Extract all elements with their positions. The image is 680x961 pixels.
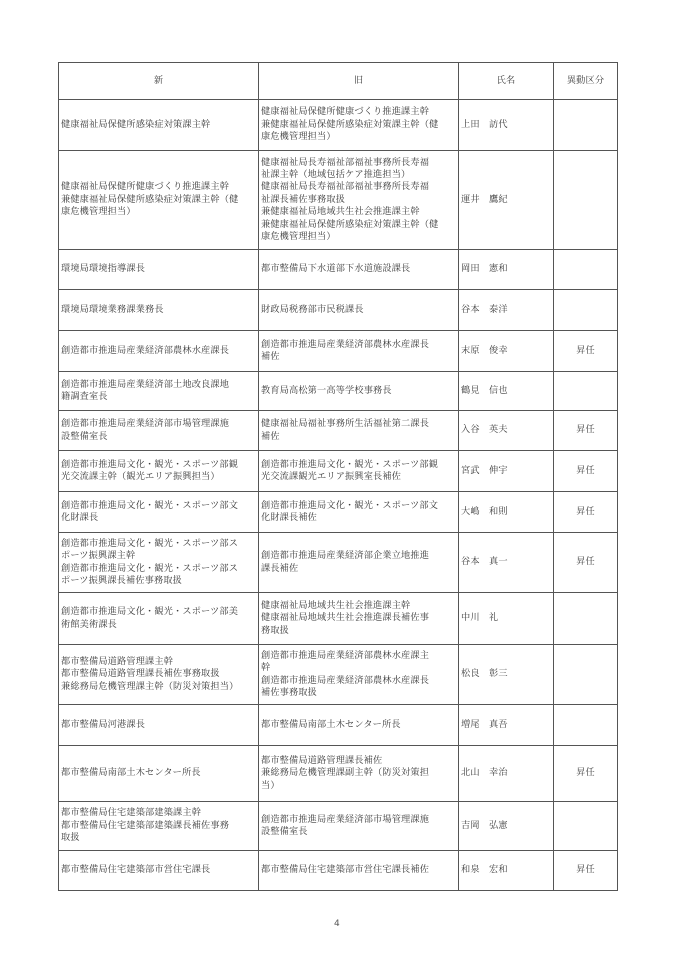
old-position-cell: 健康福祉局福祉事務所生活福祉第二課長補佐: [259, 411, 459, 451]
new-position-cell-line: 創造都市推進局文化・観光・スポーツ部観: [61, 459, 256, 471]
old-position-cell-line: 兼健康福祉局地域共生社会推進課主幹: [261, 206, 456, 218]
new-position-cell-line: 取扱: [61, 832, 256, 844]
transfer-type-cell: [554, 250, 618, 290]
new-position-cell-line: 籍調査室長: [61, 391, 256, 403]
table-row: 都市整備局道路管理課主幹都市整備局道路管理課長補佐事務取扱兼総務局危機管理課主幹…: [59, 645, 618, 705]
table-body: 健康福祉局保健所感染症対策課主幹健康福祉局保健所健康づくり推進課主幹兼健康福祉局…: [59, 100, 618, 891]
page-number: 4: [334, 919, 340, 929]
new-position-cell-line: 環境局環境指導課長: [61, 263, 256, 275]
document-page: 新 旧 氏名 異動区分 健康福祉局保健所感染症対策課主幹健康福祉局保健所健康づく…: [0, 0, 680, 961]
transfer-type-cell: [554, 151, 618, 250]
old-position-cell: 健康福祉局長寿福祉部福祉事務所長寿福祉課主幹（地域包括ケア推進担当）健康福祉局長…: [259, 151, 459, 250]
table-row: 創造都市推進局文化・観光・スポーツ部美術館美術課長健康福祉局地域共生社会推進課主…: [59, 593, 618, 645]
new-position-cell-line: 都市整備局住宅建築部建築課長補佐事務: [61, 820, 256, 832]
person-name-cell: 上田 訪代: [459, 100, 554, 151]
new-position-cell-line: 創造都市推進局文化・観光・スポーツ部ス: [61, 563, 256, 575]
person-name-cell: 末原 俊幸: [459, 331, 554, 372]
person-name-cell: 岡田 憲和: [459, 250, 554, 290]
old-position-cell-line: 都市整備局住宅建築部市営住宅課長補佐: [261, 864, 456, 876]
new-position-cell: 創造都市推進局文化・観光・スポーツ部文化財課長: [59, 492, 259, 533]
header-name: 氏名: [459, 63, 554, 100]
old-position-cell: 創造都市推進局産業経済部企業立地推進課長補佐: [259, 533, 459, 593]
old-position-cell: 創造都市推進局文化・観光・スポーツ部文化財課長補佐: [259, 492, 459, 533]
person-name-cell: 運井 鷹紀: [459, 151, 554, 250]
old-position-cell: 財政局税務部市民税課長: [259, 290, 459, 331]
table-row: 健康福祉局保健所感染症対策課主幹健康福祉局保健所健康づくり推進課主幹兼健康福祉局…: [59, 100, 618, 151]
new-position-cell: 都市整備局南部土木センター所長: [59, 746, 259, 802]
transfer-type-cell: [554, 645, 618, 705]
old-position-cell: 都市整備局道路管理課長補佐兼総務局危機管理課副主幹（防災対策担当）: [259, 746, 459, 802]
transfer-type-cell: 昇任: [554, 851, 618, 891]
person-name-cell: 和泉 宏和: [459, 851, 554, 891]
table-row: 都市整備局住宅建築部建築課主幹都市整備局住宅建築部建築課長補佐事務取扱創造都市推…: [59, 802, 618, 851]
old-position-cell: 教育局高松第一高等学校事務長: [259, 372, 459, 411]
transfer-type-cell: [554, 705, 618, 746]
new-position-cell-line: 都市整備局河港課長: [61, 719, 256, 731]
personnel-transfer-table: 新 旧 氏名 異動区分 健康福祉局保健所感染症対策課主幹健康福祉局保健所健康づく…: [58, 62, 618, 891]
transfer-type-cell: 昇任: [554, 492, 618, 533]
table-row: 創造都市推進局産業経済部市場管理課施設整備室長健康福祉局福祉事務所生活福祉第二課…: [59, 411, 618, 451]
new-position-cell-line: 兼総務局危機管理課主幹（防災対策担当）: [61, 681, 256, 693]
new-position-cell-line: 創造都市推進局産業経済部市場管理課施: [61, 418, 256, 430]
old-position-cell-line: 健康福祉局地域共生社会推進課長補佐事: [261, 612, 456, 624]
old-position-cell-line: 課長補佐: [261, 563, 456, 575]
header-transfer-type: 異動区分: [554, 63, 618, 100]
person-name-cell: 松良 彰三: [459, 645, 554, 705]
old-position-cell: 健康福祉局地域共生社会推進課主幹健康福祉局地域共生社会推進課長補佐事務取扱: [259, 593, 459, 645]
new-position-cell-line: 都市整備局住宅建築部建築課主幹: [61, 807, 256, 819]
new-position-cell: 都市整備局住宅建築部建築課主幹都市整備局住宅建築部建築課長補佐事務取扱: [59, 802, 259, 851]
new-position-cell-line: 創造都市推進局文化・観光・スポーツ部ス: [61, 538, 256, 550]
old-position-cell-line: 都市整備局下水道部下水道施設課長: [261, 263, 456, 275]
new-position-cell: 都市整備局河港課長: [59, 705, 259, 746]
old-position-cell-line: 健康福祉局福祉事務所生活福祉第二課長: [261, 418, 456, 430]
person-name-cell: 中川 礼: [459, 593, 554, 645]
person-name-cell: 入谷 英夫: [459, 411, 554, 451]
header-new-position: 新: [59, 63, 259, 100]
new-position-cell-line: 都市整備局住宅建築部市営住宅課長: [61, 864, 256, 876]
table-row: 創造都市推進局文化・観光・スポーツ部スポーツ振興課主幹創造都市推進局文化・観光・…: [59, 533, 618, 593]
old-position-cell-line: 創造都市推進局産業経済部企業立地推進: [261, 550, 456, 562]
table-row: 創造都市推進局文化・観光・スポーツ部文化財課長創造都市推進局文化・観光・スポーツ…: [59, 492, 618, 533]
table-row: 創造都市推進局産業経済部土地改良課地籍調査室長教育局高松第一高等学校事務長鶴見 …: [59, 372, 618, 411]
old-position-cell-line: 幹: [261, 662, 456, 674]
old-position-cell-line: 当）: [261, 780, 456, 792]
new-position-cell-line: 環境局環境業務課業務長: [61, 304, 256, 316]
old-position-cell-line: 光交流課観光エリア振興室長補佐: [261, 471, 456, 483]
new-position-cell: 健康福祉局保健所健康づくり推進課主幹兼健康福祉局保健所感染症対策課主幹（健康危機…: [59, 151, 259, 250]
new-position-cell: 環境局環境指導課長: [59, 250, 259, 290]
new-position-cell-line: 設整備室長: [61, 431, 256, 443]
old-position-cell-line: 設整備室長: [261, 826, 456, 838]
table-row: 環境局環境指導課長都市整備局下水道部下水道施設課長岡田 憲和: [59, 250, 618, 290]
transfer-type-cell: 昇任: [554, 533, 618, 593]
old-position-cell-line: 健康福祉局地域共生社会推進課主幹: [261, 600, 456, 612]
old-position-cell-line: 都市整備局道路管理課長補佐: [261, 755, 456, 767]
old-position-cell-line: 兼健康福祉局保健所感染症対策課主幹（健: [261, 119, 456, 131]
new-position-cell-line: 創造都市推進局文化・観光・スポーツ部文: [61, 500, 256, 512]
transfer-type-cell: [554, 593, 618, 645]
old-position-cell-line: 都市整備局南部土木センター所長: [261, 719, 456, 731]
new-position-cell-line: 光交流課主幹（観光エリア振興担当）: [61, 471, 256, 483]
new-position-cell-line: 都市整備局道路管理課長補佐事務取扱: [61, 668, 256, 680]
old-position-cell-line: 補佐: [261, 351, 456, 363]
new-position-cell-line: ポーツ振興課主幹: [61, 550, 256, 562]
transfer-type-cell: [554, 802, 618, 851]
old-position-cell: 都市整備局住宅建築部市営住宅課長補佐: [259, 851, 459, 891]
old-position-cell-line: 兼総務局危機管理課副主幹（防災対策担: [261, 767, 456, 779]
new-position-cell: 健康福祉局保健所感染症対策課主幹: [59, 100, 259, 151]
table-row: 創造都市推進局産業経済部農林水産課長創造都市推進局産業経済部農林水産課長補佐末原…: [59, 331, 618, 372]
old-position-cell-line: 兼健康福祉局保健所感染症対策課主幹（健: [261, 219, 456, 231]
table-header-row: 新 旧 氏名 異動区分: [59, 63, 618, 100]
old-position-cell-line: 祉課主幹（地域包括ケア推進担当）: [261, 169, 456, 181]
table-row: 都市整備局南部土木センター所長都市整備局道路管理課長補佐兼総務局危機管理課副主幹…: [59, 746, 618, 802]
old-position-cell-line: 化財課長補佐: [261, 512, 456, 524]
new-position-cell: 創造都市推進局文化・観光・スポーツ部観光交流課主幹（観光エリア振興担当）: [59, 451, 259, 492]
new-position-cell-line: 康危機管理担当）: [61, 206, 256, 218]
old-position-cell-line: 康危機管理担当）: [261, 131, 456, 143]
old-position-cell: 創造都市推進局文化・観光・スポーツ部観光交流課観光エリア振興室長補佐: [259, 451, 459, 492]
new-position-cell: 都市整備局道路管理課主幹都市整備局道路管理課長補佐事務取扱兼総務局危機管理課主幹…: [59, 645, 259, 705]
new-position-cell-line: ポーツ振興課長補佐事務取扱: [61, 575, 256, 587]
new-position-cell: 環境局環境業務課業務長: [59, 290, 259, 331]
old-position-cell: 都市整備局南部土木センター所長: [259, 705, 459, 746]
new-position-cell-line: 術館美術課長: [61, 619, 256, 631]
old-position-cell: 創造都市推進局産業経済部市場管理課施設整備室長: [259, 802, 459, 851]
new-position-cell-line: 都市整備局道路管理課主幹: [61, 656, 256, 668]
old-position-cell-line: 創造都市推進局文化・観光・スポーツ部文: [261, 500, 456, 512]
person-name-cell: 谷本 真一: [459, 533, 554, 593]
table-row: 都市整備局河港課長都市整備局南部土木センター所長増尾 真吾: [59, 705, 618, 746]
new-position-cell-line: 創造都市推進局文化・観光・スポーツ部美: [61, 606, 256, 618]
new-position-cell: 都市整備局住宅建築部市営住宅課長: [59, 851, 259, 891]
person-name-cell: 鶴見 信也: [459, 372, 554, 411]
old-position-cell: 創造都市推進局産業経済部農林水産課主幹創造都市推進局産業経済部農林水産課長補佐事…: [259, 645, 459, 705]
old-position-cell-line: 創造都市推進局産業経済部市場管理課施: [261, 814, 456, 826]
table-row: 健康福祉局保健所健康づくり推進課主幹兼健康福祉局保健所感染症対策課主幹（健康危機…: [59, 151, 618, 250]
old-position-cell-line: 教育局高松第一高等学校事務長: [261, 385, 456, 397]
old-position-cell: 都市整備局下水道部下水道施設課長: [259, 250, 459, 290]
old-position-cell-line: 創造都市推進局産業経済部農林水産課主: [261, 650, 456, 662]
table-row: 都市整備局住宅建築部市営住宅課長都市整備局住宅建築部市営住宅課長補佐和泉 宏和昇…: [59, 851, 618, 891]
transfer-type-cell: 昇任: [554, 451, 618, 492]
header-old-position: 旧: [259, 63, 459, 100]
old-position-cell-line: 創造都市推進局産業経済部農林水産課長: [261, 675, 456, 687]
transfer-type-cell: [554, 100, 618, 151]
transfer-type-cell: 昇任: [554, 746, 618, 802]
new-position-cell-line: 化財課長: [61, 512, 256, 524]
transfer-type-cell: 昇任: [554, 331, 618, 372]
new-position-cell-line: 創造都市推進局産業経済部農林水産課長: [61, 345, 256, 357]
person-name-cell: 増尾 真吾: [459, 705, 554, 746]
old-position-cell-line: 財政局税務部市民税課長: [261, 304, 456, 316]
old-position-cell-line: 健康福祉局長寿福祉部福祉事務所長寿福: [261, 181, 456, 193]
old-position-cell-line: 健康福祉局長寿福祉部福祉事務所長寿福: [261, 157, 456, 169]
new-position-cell: 創造都市推進局産業経済部農林水産課長: [59, 331, 259, 372]
table-row: 環境局環境業務課業務長財政局税務部市民税課長谷本 泰洋: [59, 290, 618, 331]
table-row: 創造都市推進局文化・観光・スポーツ部観光交流課主幹（観光エリア振興担当）創造都市…: [59, 451, 618, 492]
old-position-cell-line: 補佐: [261, 431, 456, 443]
new-position-cell-line: 都市整備局南部土木センター所長: [61, 767, 256, 779]
transfer-type-cell: [554, 290, 618, 331]
old-position-cell-line: 創造都市推進局産業経済部農林水産課長: [261, 339, 456, 351]
new-position-cell: 創造都市推進局文化・観光・スポーツ部スポーツ振興課主幹創造都市推進局文化・観光・…: [59, 533, 259, 593]
new-position-cell: 創造都市推進局産業経済部土地改良課地籍調査室長: [59, 372, 259, 411]
new-position-cell-line: 兼健康福祉局保健所感染症対策課主幹（健: [61, 194, 256, 206]
transfer-type-cell: [554, 372, 618, 411]
transfer-type-cell: 昇任: [554, 411, 618, 451]
person-name-cell: 北山 幸治: [459, 746, 554, 802]
new-position-cell: 創造都市推進局産業経済部市場管理課施設整備室長: [59, 411, 259, 451]
person-name-cell: 谷本 泰洋: [459, 290, 554, 331]
old-position-cell-line: 健康福祉局保健所健康づくり推進課主幹: [261, 106, 456, 118]
new-position-cell-line: 健康福祉局保健所感染症対策課主幹: [61, 119, 256, 131]
new-position-cell: 創造都市推進局文化・観光・スポーツ部美術館美術課長: [59, 593, 259, 645]
new-position-cell-line: 創造都市推進局産業経済部土地改良課地: [61, 379, 256, 391]
old-position-cell-line: 康危機管理担当）: [261, 231, 456, 243]
old-position-cell-line: 務取扱: [261, 625, 456, 637]
old-position-cell-line: 補佐事務取扱: [261, 687, 456, 699]
old-position-cell: 健康福祉局保健所健康づくり推進課主幹兼健康福祉局保健所感染症対策課主幹（健康危機…: [259, 100, 459, 151]
old-position-cell: 創造都市推進局産業経済部農林水産課長補佐: [259, 331, 459, 372]
new-position-cell-line: 健康福祉局保健所健康づくり推進課主幹: [61, 181, 256, 193]
person-name-cell: 大嶋 和則: [459, 492, 554, 533]
person-name-cell: 宮武 伸宇: [459, 451, 554, 492]
person-name-cell: 吉岡 弘憲: [459, 802, 554, 851]
old-position-cell-line: 創造都市推進局文化・観光・スポーツ部観: [261, 459, 456, 471]
old-position-cell-line: 祉課長補佐事務取扱: [261, 194, 456, 206]
